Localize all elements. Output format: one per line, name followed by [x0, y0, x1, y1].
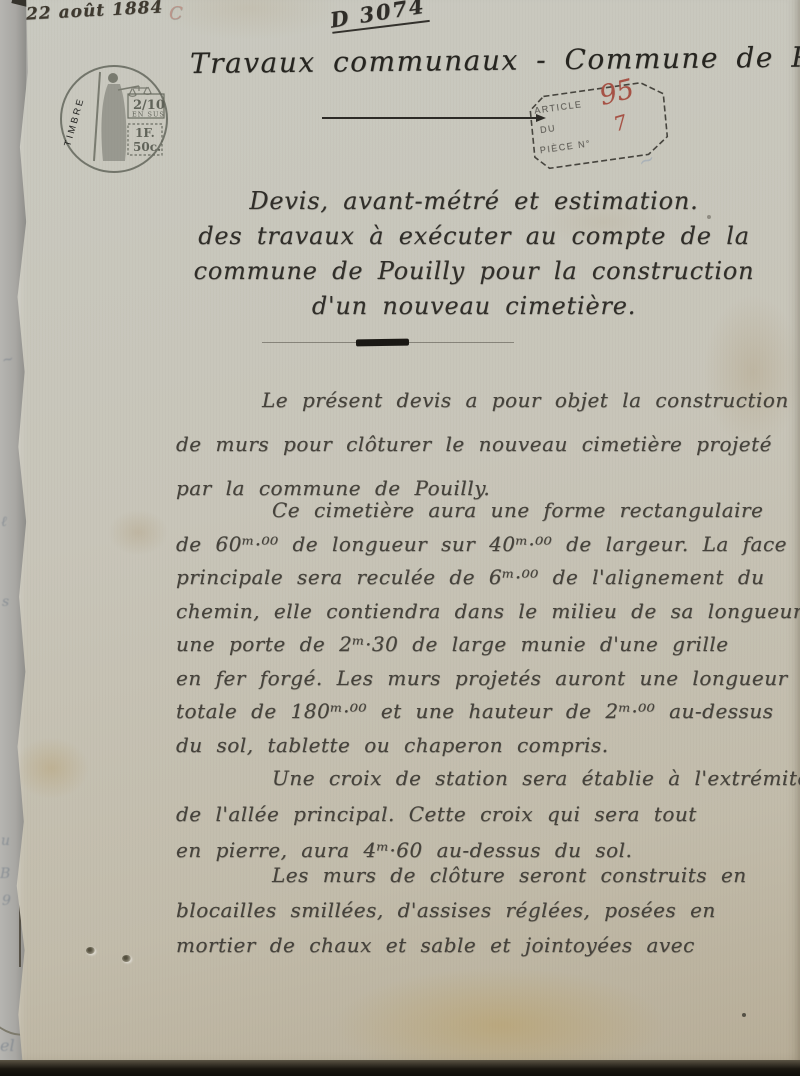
paragraph: Le présent devis a pour objet la constru…	[176, 378, 792, 510]
paragraph: Ce cimetière aura une forme rectangulair…	[176, 494, 792, 762]
body-line: de l'allée principal. Cette croix qui se…	[176, 796, 792, 832]
heading-line: des travaux à exécuter au compte de la	[166, 219, 782, 254]
body-line: totale de 180ᵐ·⁰⁰ et une hauteur de 2ᵐ·⁰…	[176, 695, 792, 729]
body-line: de 60ᵐ·⁰⁰ de longueur sur 40ᵐ·⁰⁰ de larg…	[176, 528, 792, 562]
divider-thick-line	[356, 339, 409, 347]
body-line: mortier de chaux et sable et jointoyées …	[176, 928, 792, 963]
body-line: blocailles smillées, d'assises réglées, …	[176, 893, 792, 928]
title-rule-line	[322, 117, 538, 119]
body-line: Les murs de clôture seront construits en	[176, 858, 792, 893]
scan-shadow-bottom	[0, 1060, 800, 1076]
ink-bleed-mark: ℓ	[1, 514, 7, 531]
paper-hole	[122, 955, 131, 962]
ink-bleed-mark: u	[1, 833, 10, 849]
body-line: principale sera reculée de 6ᵐ·⁰⁰ de l'al…	[176, 561, 792, 595]
body-line: du sol, tablette ou chaperon compris.	[176, 729, 792, 763]
document-title: Travaux communaux - Commune de Pouilly	[190, 41, 770, 80]
title-rule	[322, 114, 538, 123]
paragraph: Une croix de station sera établie à l'ex…	[176, 760, 792, 868]
section-divider	[262, 338, 514, 347]
ink-speck	[742, 1013, 746, 1017]
surcharge-unit: EN SUS	[132, 111, 165, 119]
document-heading: Devis, avant-métré et estimation. des tr…	[166, 184, 782, 324]
body-line: de murs pour clôturer le nouveau cimetiè…	[176, 422, 792, 466]
paper-hole	[86, 947, 95, 954]
heading-line: Devis, avant-métré et estimation.	[166, 184, 782, 219]
body-line: Une croix de station sera établie à l'ex…	[176, 760, 792, 796]
body-line: en fer forgé. Les murs projetés auront u…	[176, 662, 792, 696]
corner-letter-mark: C	[169, 3, 183, 24]
body-line: une porte de 2ᵐ·30 de large munie d'une …	[176, 628, 792, 662]
paragraph: Les murs de clôture seront construits en…	[176, 858, 792, 963]
stamp-value-centimes: 50c.	[133, 140, 161, 154]
body-line: Ce cimetière aura une forme rectangulair…	[176, 494, 792, 528]
body-line: Le présent devis a pour objet la constru…	[176, 378, 792, 422]
body-line: chemin, elle contiendra dans le milieu d…	[176, 595, 792, 629]
revenue-stamp: TIMBRE 2/10 EN SUS 1F. 50c.	[55, 55, 175, 185]
revenue-stamp-side-label: TIMBRE	[62, 96, 87, 148]
heading-line: d'un nouveau cimetière.	[166, 289, 782, 324]
ink-bleed-mark: B	[0, 866, 10, 882]
ink-bleed-mark: 9	[2, 893, 11, 909]
stamp-value-francs: 1F.	[135, 126, 155, 140]
heading-line: commune de Pouilly pour la construction	[166, 254, 782, 289]
ink-bleed-mark: s	[2, 594, 9, 610]
